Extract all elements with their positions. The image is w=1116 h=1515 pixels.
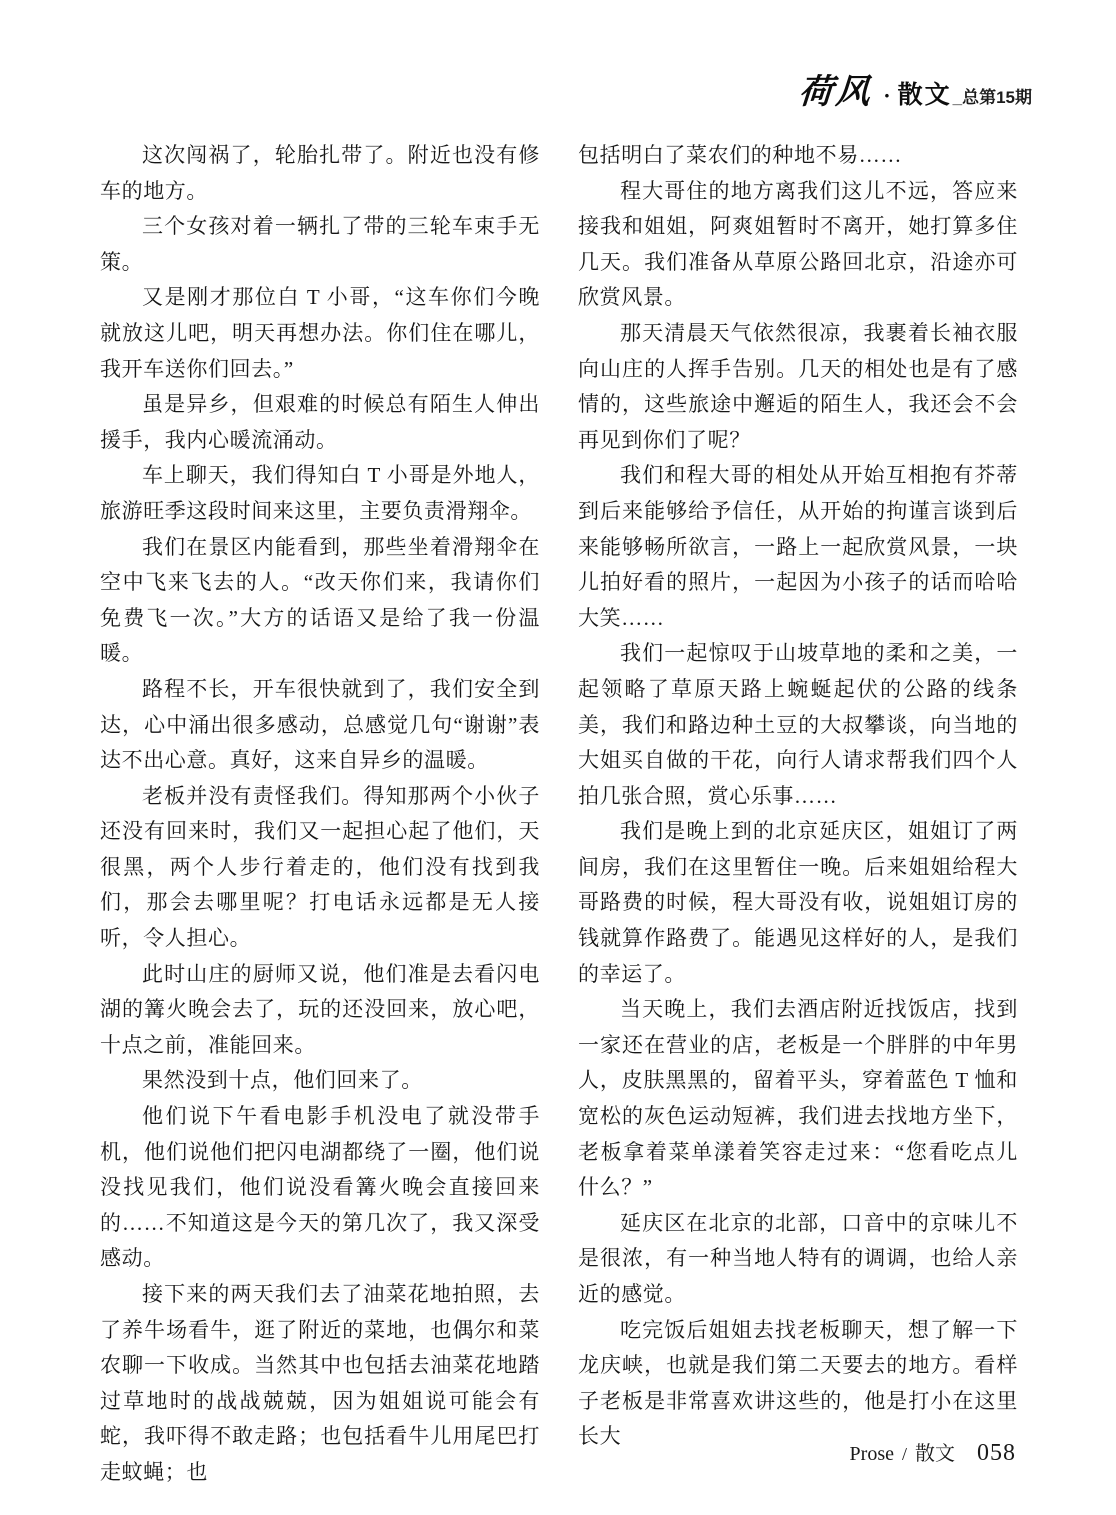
paragraph: 虽是异乡，但艰难的时候总有陌生人伸出援手，我内心暖流涌动。 — [100, 387, 540, 458]
page-footer: Prose / 散文 058 — [850, 1437, 1016, 1467]
paragraph: 这次闯祸了，轮胎扎带了。附近也没有修车的地方。 — [100, 138, 540, 209]
paragraph: 吃完饭后姐姐去找老板聊天，想了解一下龙庆峡，也就是我们第二天要去的地方。看样子老… — [578, 1313, 1018, 1455]
left-column: 这次闯祸了，轮胎扎带了。附近也没有修车的地方。三个女孩对着一辆扎了带的三轮车束手… — [100, 138, 540, 1491]
page-header: 荷风 · 散文 _总第15期 — [799, 64, 1032, 113]
paragraph: 我们是晚上到的北京延庆区，姐姐订了两间房，我们在这里暂住一晚。后来姐姐给程大哥路… — [578, 814, 1018, 992]
header-issue-label: _总第15期 — [953, 83, 1032, 108]
header-section-title: 散文 — [898, 75, 952, 111]
magazine-page: 荷风 · 散文 _总第15期 这次闯祸了，轮胎扎带了。附近也没有修车的地方。三个… — [0, 0, 1116, 1515]
paragraph: 我们一起惊叹于山坡草地的柔和之美，一起领略了草原天路上蜿蜒起伏的公路的线条美，我… — [578, 636, 1018, 814]
paragraph: 那天清晨天气依然很凉，我裹着长袖衣服向山庄的人挥手告别。几天的相处也是有了感情的… — [578, 316, 1018, 458]
paragraph: 三个女孩对着一辆扎了带的三轮车束手无策。 — [100, 209, 540, 280]
footer-separator: / — [902, 1444, 907, 1465]
paragraph: 他们说下午看电影手机没电了就没带手机，他们说他们把闪电湖都绕了一圈，他们说没找见… — [100, 1099, 540, 1277]
magazine-logo: 荷风 — [798, 64, 875, 113]
page-number: 058 — [977, 1440, 1016, 1467]
article-body: 这次闯祸了，轮胎扎带了。附近也没有修车的地方。三个女孩对着一辆扎了带的三轮车束手… — [100, 138, 1018, 1491]
paragraph: 又是刚才那位白 T 小哥，“这车你们今晚就放这儿吧，明天再想办法。你们住在哪儿，… — [100, 280, 540, 387]
paragraph: 果然没到十点，他们回来了。 — [100, 1063, 540, 1099]
paragraph: 车上聊天，我们得知白 T 小哥是外地人，旅游旺季这段时间来这里，主要负责滑翔伞。 — [100, 458, 540, 529]
paragraph: 包括明白了菜农们的种地不易…… — [578, 138, 1018, 174]
right-column: 包括明白了菜农们的种地不易……程大哥住的地方离我们这儿不远，答应来接我和姐姐，阿… — [578, 138, 1018, 1491]
paragraph: 老板并没有责怪我们。得知那两个小伙子还没有回来时，我们又一起担心起了他们，天很黑… — [100, 779, 540, 957]
paragraph: 我们和程大哥的相处从开始互相抱有芥蒂到后来能够给予信任，从开始的拘谨言谈到后来能… — [578, 458, 1018, 636]
paragraph: 当天晚上，我们去酒店附近找饭店，找到一家还在营业的店，老板是一个胖胖的中年男人，… — [578, 992, 1018, 1206]
paragraph: 我们在景区内能看到，那些坐着滑翔伞在空中飞来飞去的人。“改天你们来，我请你们免费… — [100, 530, 540, 672]
footer-section-en: Prose — [850, 1443, 894, 1466]
header-dot-separator: · — [883, 83, 890, 109]
paragraph: 此时山庄的厨师又说，他们准是去看闪电湖的篝火晚会去了，玩的还没回来，放心吧，十点… — [100, 957, 540, 1064]
footer-section-zh: 散文 — [915, 1437, 955, 1466]
paragraph: 接下来的两天我们去了油菜花地拍照，去了养牛场看牛，逛了附近的菜地，也偶尔和菜农聊… — [100, 1277, 540, 1491]
paragraph: 路程不长，开车很快就到了，我们安全到达，心中涌出很多感动，总感觉几句“谢谢”表达… — [100, 672, 540, 779]
paragraph: 程大哥住的地方离我们这儿不远，答应来接我和姐姐，阿爽姐暂时不离开，她打算多住几天… — [578, 174, 1018, 316]
paragraph: 延庆区在北京的北部，口音中的京味儿不是很浓，有一种当地人特有的调调，也给人亲近的… — [578, 1206, 1018, 1313]
